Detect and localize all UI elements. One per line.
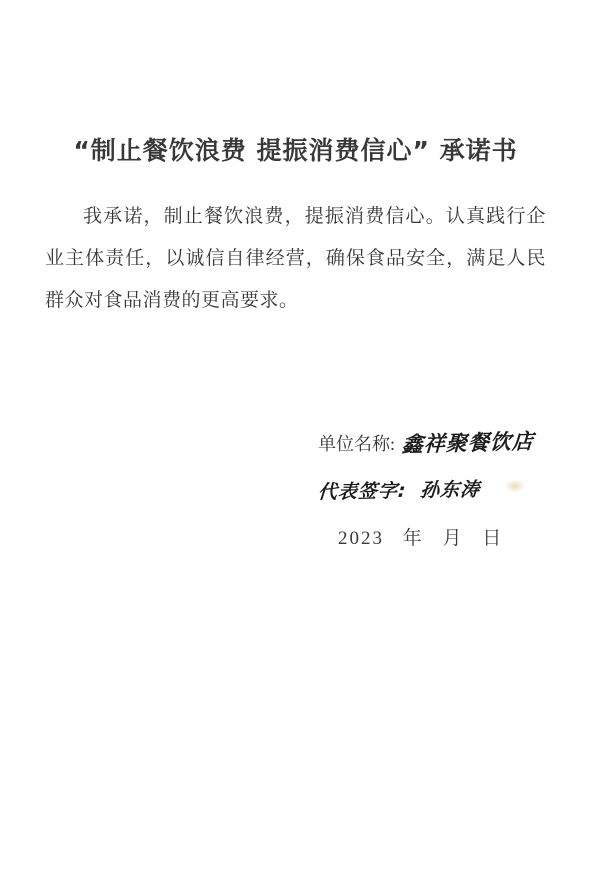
unit-name-label: 单位名称: bbox=[318, 434, 395, 454]
document-page: “制止餐饮浪费 提振消费信心” 承诺书 我承诺，制止餐饮浪费，提振消费信心。认真… bbox=[0, 0, 591, 886]
representative-signature-handwritten-value: 孙东涛 bbox=[419, 479, 481, 502]
unit-name-handwritten-value: 鑫祥聚餐饮店 bbox=[401, 425, 534, 459]
representative-signature-label: 代表签字: bbox=[317, 480, 407, 504]
date-line: 2023 年 月 日 bbox=[338, 523, 503, 550]
representative-signature-line: 代表签字: 孙东涛 bbox=[318, 476, 480, 503]
document-title: “制止餐饮浪费 提振消费信心” 承诺书 bbox=[0, 131, 591, 167]
pledge-paragraph: 我承诺，制止餐饮浪费，提振消费信心。认真践行企业主体责任，以诚信自律经营，确保食… bbox=[45, 196, 546, 322]
unit-name-line: 单位名称: 鑫祥聚餐饮店 bbox=[318, 427, 534, 457]
ink-smudge bbox=[504, 479, 526, 493]
